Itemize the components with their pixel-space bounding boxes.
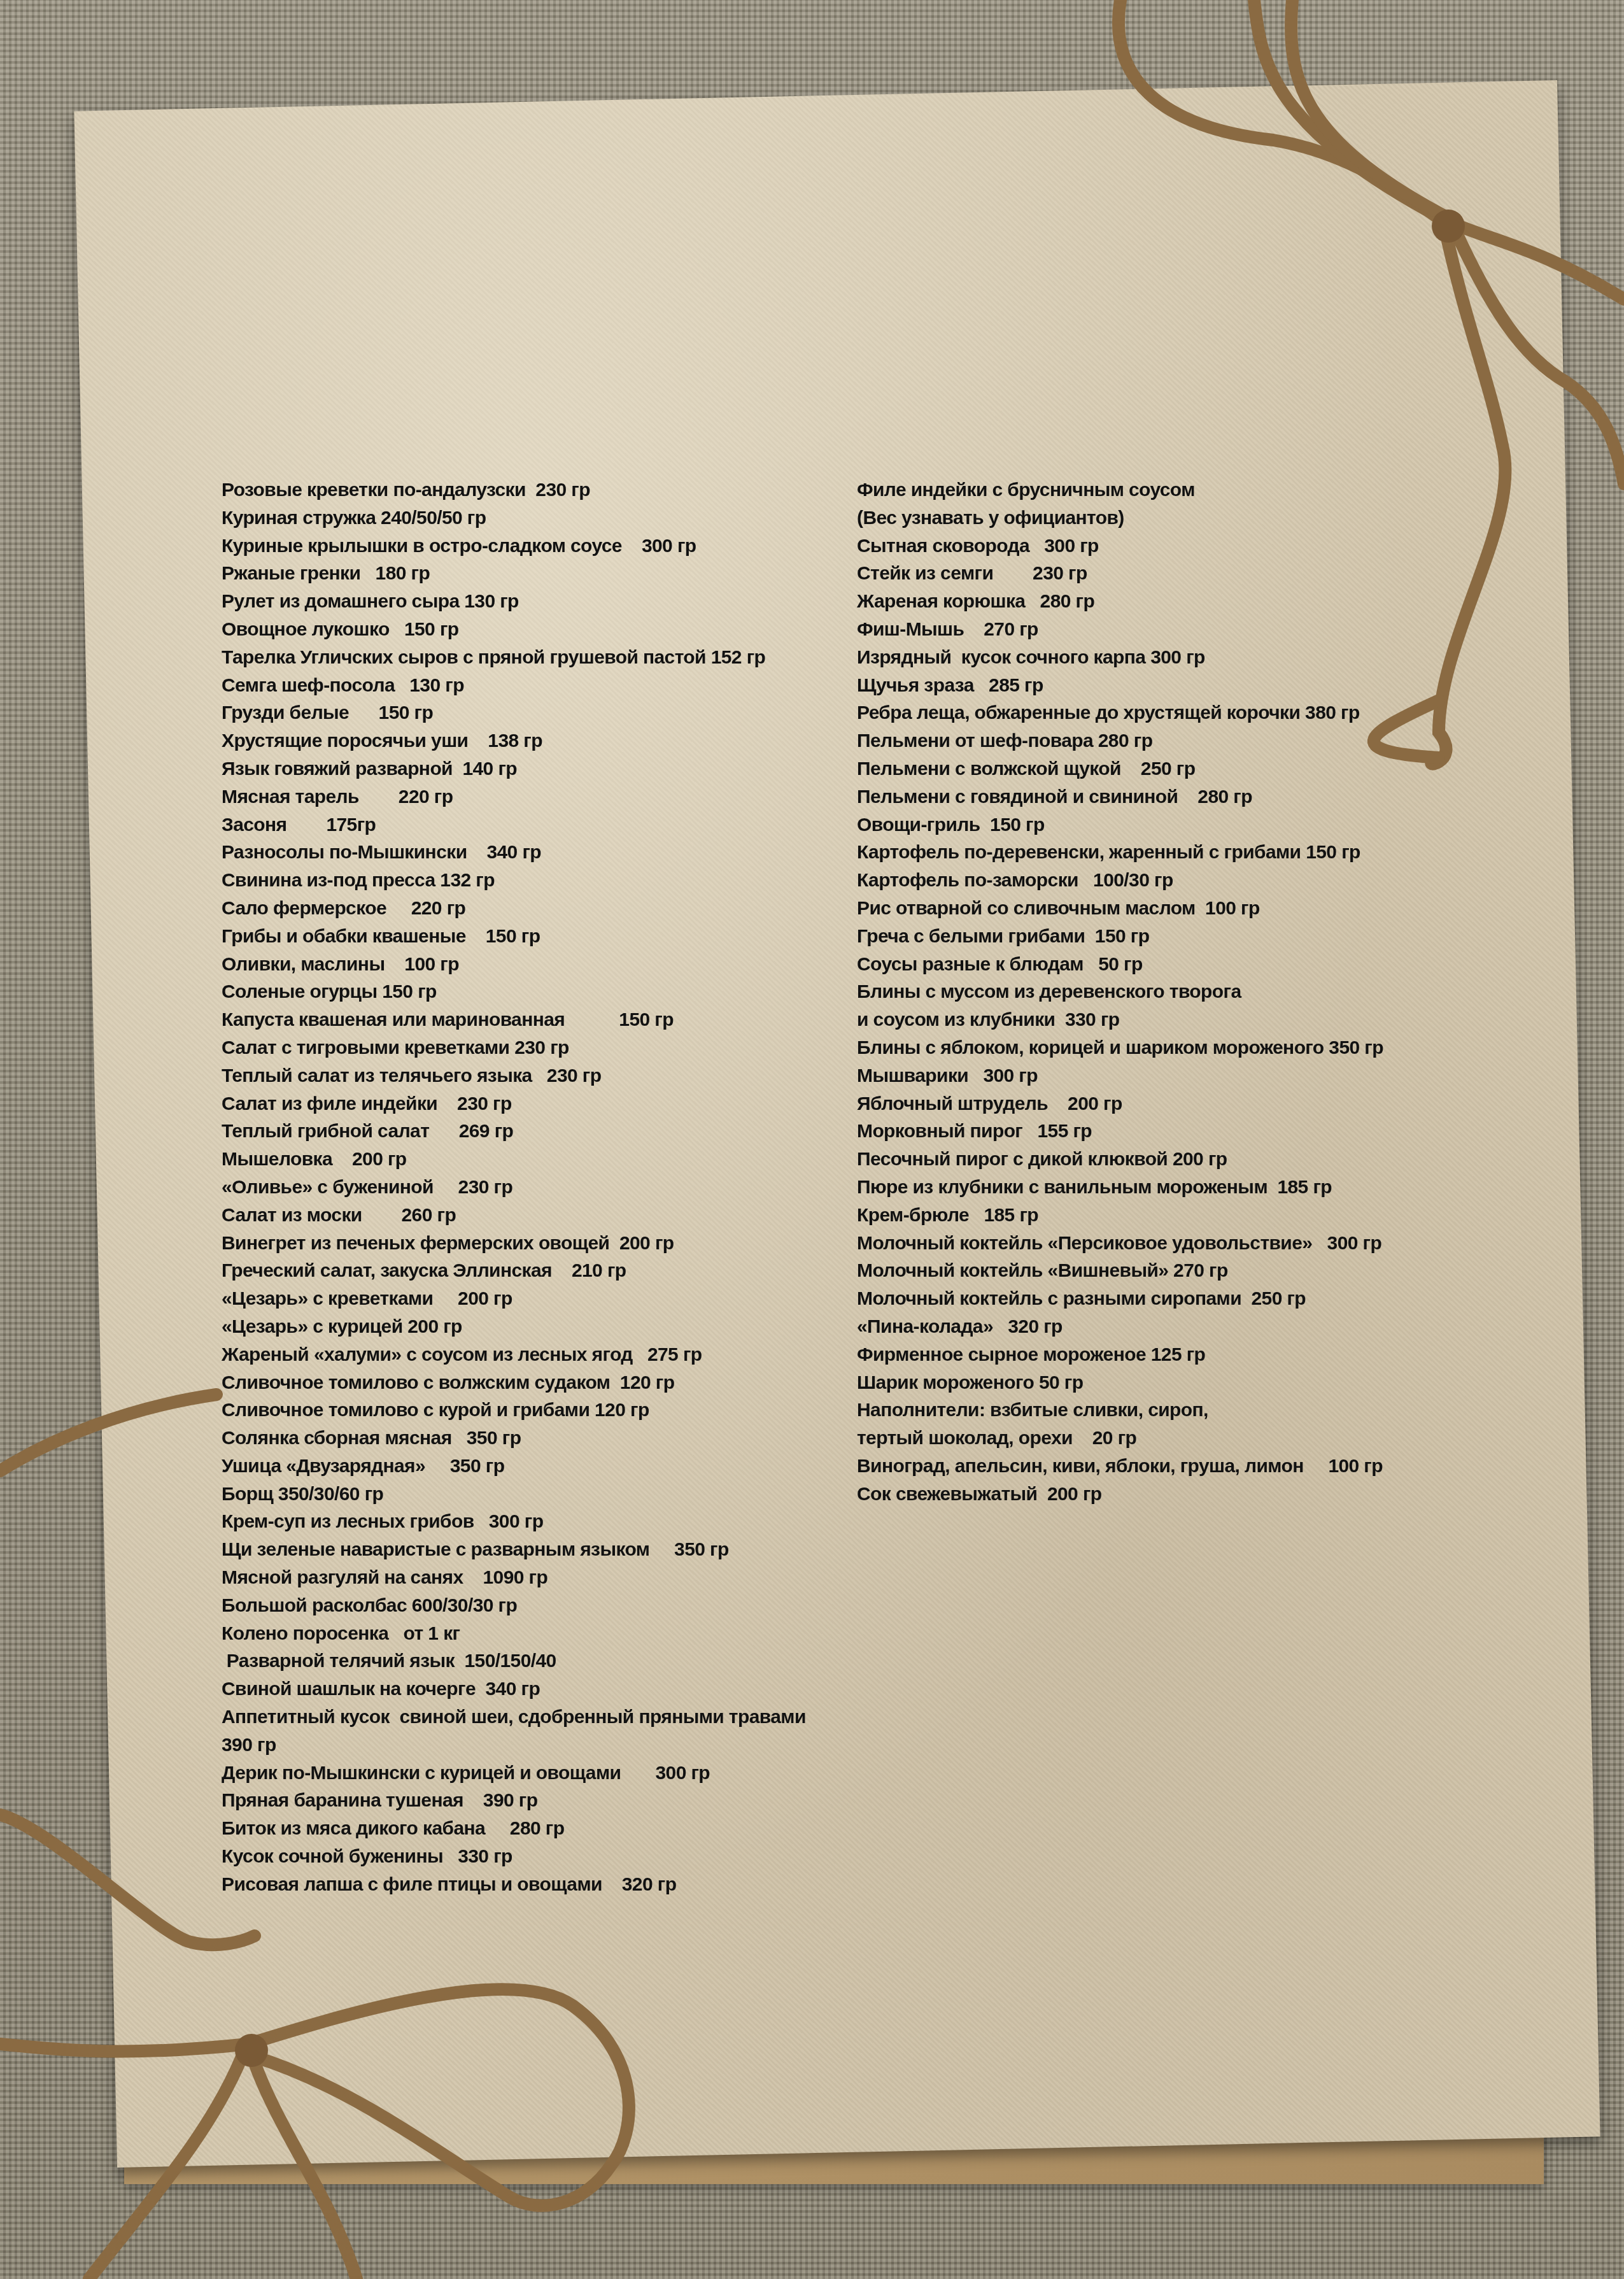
menu-item: Борщ 350/30/60 гр — [222, 1480, 806, 1509]
menu-item: Мышеловка 200 гр — [222, 1146, 806, 1174]
menu-item: Ушица «Двузарядная» 350 гр — [222, 1452, 806, 1480]
menu-item: Рисовая лапша с филе птицы и овощами 320… — [222, 1871, 806, 1899]
menu-item: Пряная баранина тушеная 390 гр — [222, 1787, 806, 1815]
menu-item: Блины с яблоком, корицей и шариком морож… — [857, 1034, 1383, 1062]
menu-item: Греческий салат, закуска Эллинская 210 г… — [222, 1257, 806, 1285]
menu-item: Дерик по-Мышкински с курицей и овощами 3… — [222, 1759, 806, 1787]
menu-item: Тарелка Угличских сыров с пряной грушево… — [222, 644, 806, 672]
menu-item: Морковный пирог 155 гр — [857, 1118, 1383, 1146]
menu-item: Сытная сковорода 300 гр — [857, 532, 1383, 560]
menu-item: Куриная стружка 240/50/50 гр — [222, 504, 806, 532]
menu-item: Овощное лукошко 150 гр — [222, 616, 806, 644]
menu-item: тертый шоколад, орехи 20 гр — [857, 1424, 1383, 1452]
menu-item: Биток из мяса дикого кабана 280 гр — [222, 1815, 806, 1843]
menu-item: Щи зеленые наваристые с разварным языком… — [222, 1536, 806, 1564]
menu-item: Жареная корюшка 280 гр — [857, 588, 1383, 616]
menu-item: Жареный «халуми» с соусом из лесных ягод… — [222, 1341, 806, 1369]
menu-item: Аппетитный кусок свиной шеи, сдобренный … — [222, 1703, 806, 1731]
menu-item: Грузди белые 150 гр — [222, 699, 806, 727]
menu-item: Солянка сборная мясная 350 гр — [222, 1424, 806, 1452]
menu-item: Пельмени от шеф-повара 280 гр — [857, 727, 1383, 755]
menu-item: «Цезарь» с курицей 200 гр — [222, 1313, 806, 1341]
menu-item: Яблочный штрудель 200 гр — [857, 1090, 1383, 1118]
menu-item: Теплый грибной салат 269 гр — [222, 1118, 806, 1146]
menu-item: Изрядный кусок сочного карпа 300 гр — [857, 644, 1383, 672]
menu-item: Пюре из клубники с ванильным мороженым 1… — [857, 1174, 1383, 1202]
menu-item: Мясной разгуляй на санях 1090 гр — [222, 1564, 806, 1592]
menu-item: Фиш-Мышь 270 гр — [857, 616, 1383, 644]
menu-item: Свиной шашлык на кочерге 340 гр — [222, 1675, 806, 1703]
menu-item: Овощи-гриль 150 гр — [857, 811, 1383, 839]
menu-item: Большой расколбас 600/30/30 гр — [222, 1592, 806, 1620]
menu-item: Оливки, маслины 100 гр — [222, 951, 806, 979]
menu-item: Соленые огурцы 150 гр — [222, 978, 806, 1006]
menu-item: Свинина из-под пресса 132 гр — [222, 867, 806, 895]
menu-item: Розовые креветки по-андалузски 230 гр — [222, 476, 806, 504]
menu-item: Песочный пирог с дикой клюквой 200 гр — [857, 1146, 1383, 1174]
menu-item: (Вес узнавать у официантов) — [857, 504, 1383, 532]
menu-item: Сливочное томилово с курой и грибами 120… — [222, 1396, 806, 1424]
menu-item: Семга шеф-посола 130 гр — [222, 672, 806, 700]
menu-item: Блины с муссом из деревенского творога — [857, 978, 1383, 1006]
menu-item: Капуста квашеная или маринованная 150 гр — [222, 1006, 806, 1034]
menu-item: Соусы разные к блюдам 50 гр — [857, 951, 1383, 979]
menu-item: Наполнители: взбитые сливки, сироп, — [857, 1396, 1383, 1424]
menu-item: Шарик мороженого 50 гр — [857, 1369, 1383, 1397]
menu-item: Фирменное сырное мороженое 125 гр — [857, 1341, 1383, 1369]
menu-item: «Пина-колада» 320 гр — [857, 1313, 1383, 1341]
menu-item: Салат из моски 260 гр — [222, 1202, 806, 1230]
menu-left-column: Розовые креветки по-андалузски 230 грКур… — [222, 476, 806, 1899]
menu-item: Сало фермерское 220 гр — [222, 895, 806, 923]
menu-item: Язык говяжий разварной 140 гр — [222, 755, 806, 783]
menu-item: Сок свежевыжатый 200 гр — [857, 1480, 1383, 1509]
menu-item: и соусом из клубники 330 гр — [857, 1006, 1383, 1034]
menu-item: Картофель по-деревенски, жаренный с гриб… — [857, 839, 1383, 867]
menu-item: Рис отварной со сливочным маслом 100 гр — [857, 895, 1383, 923]
menu-item: Грибы и обабки квашеные 150 гр — [222, 923, 806, 951]
menu-item: Салат с тигровыми креветками 230 гр — [222, 1034, 806, 1062]
menu-item: Сливочное томилово с волжским судаком 12… — [222, 1369, 806, 1397]
menu-item: Разварной телячий язык 150/150/40 — [222, 1647, 806, 1675]
menu-item: Пельмени с говядиной и свининой 280 гр — [857, 783, 1383, 811]
menu-item: Куриные крылышки в остро-сладком соусе 3… — [222, 532, 806, 560]
menu-item: Картофель по-заморски 100/30 гр — [857, 867, 1383, 895]
menu-item: Хрустящие поросячьи уши 138 гр — [222, 727, 806, 755]
menu-item: Колено поросенка от 1 кг — [222, 1620, 806, 1648]
menu-item: Греча с белыми грибами 150 гр — [857, 923, 1383, 951]
menu-item: Разносолы по-Мышкински 340 гр — [222, 839, 806, 867]
menu-item: Кусок сочной буженины 330 гр — [222, 1843, 806, 1871]
menu-item: Мясная тарель 220 гр — [222, 783, 806, 811]
menu-right-column: Филе индейки с брусничным соусом(Вес узн… — [857, 476, 1383, 1508]
menu-item: Засоня 175гр — [222, 811, 806, 839]
menu-item: Теплый салат из телячьего языка 230 гр — [222, 1062, 806, 1090]
menu-item: Филе индейки с брусничным соусом — [857, 476, 1383, 504]
menu-item: Винегрет из печеных фермерских овощей 20… — [222, 1230, 806, 1258]
menu-item: Ржаные гренки 180 гр — [222, 560, 806, 588]
menu-item: «Цезарь» с креветками 200 гр — [222, 1285, 806, 1313]
menu-item: Крем-суп из лесных грибов 300 гр — [222, 1508, 806, 1536]
menu-item: Виноград, апельсин, киви, яблоки, груша,… — [857, 1452, 1383, 1480]
menu-item: Щучья зраза 285 гр — [857, 672, 1383, 700]
menu-item: Молочный коктейль «Персиковое удовольств… — [857, 1230, 1383, 1258]
menu-item: Пельмени с волжской щукой 250 гр — [857, 755, 1383, 783]
menu-item: «Оливье» с бужениной 230 гр — [222, 1174, 806, 1202]
menu-item: Салат из филе индейки 230 гр — [222, 1090, 806, 1118]
menu-item: Молочный коктейль «Вишневый» 270 гр — [857, 1257, 1383, 1285]
menu-item: 390 гр — [222, 1731, 806, 1759]
menu-item: Молочный коктейль с разными сиропами 250… — [857, 1285, 1383, 1313]
menu-item: Ребра леща, обжаренные до хрустящей коро… — [857, 699, 1383, 727]
menu-item: Крем-брюле 185 гр — [857, 1202, 1383, 1230]
menu-item: Рулет из домашнего сыра 130 гр — [222, 588, 806, 616]
menu-item: Мышварики 300 гр — [857, 1062, 1383, 1090]
menu-item: Стейк из семги 230 гр — [857, 560, 1383, 588]
